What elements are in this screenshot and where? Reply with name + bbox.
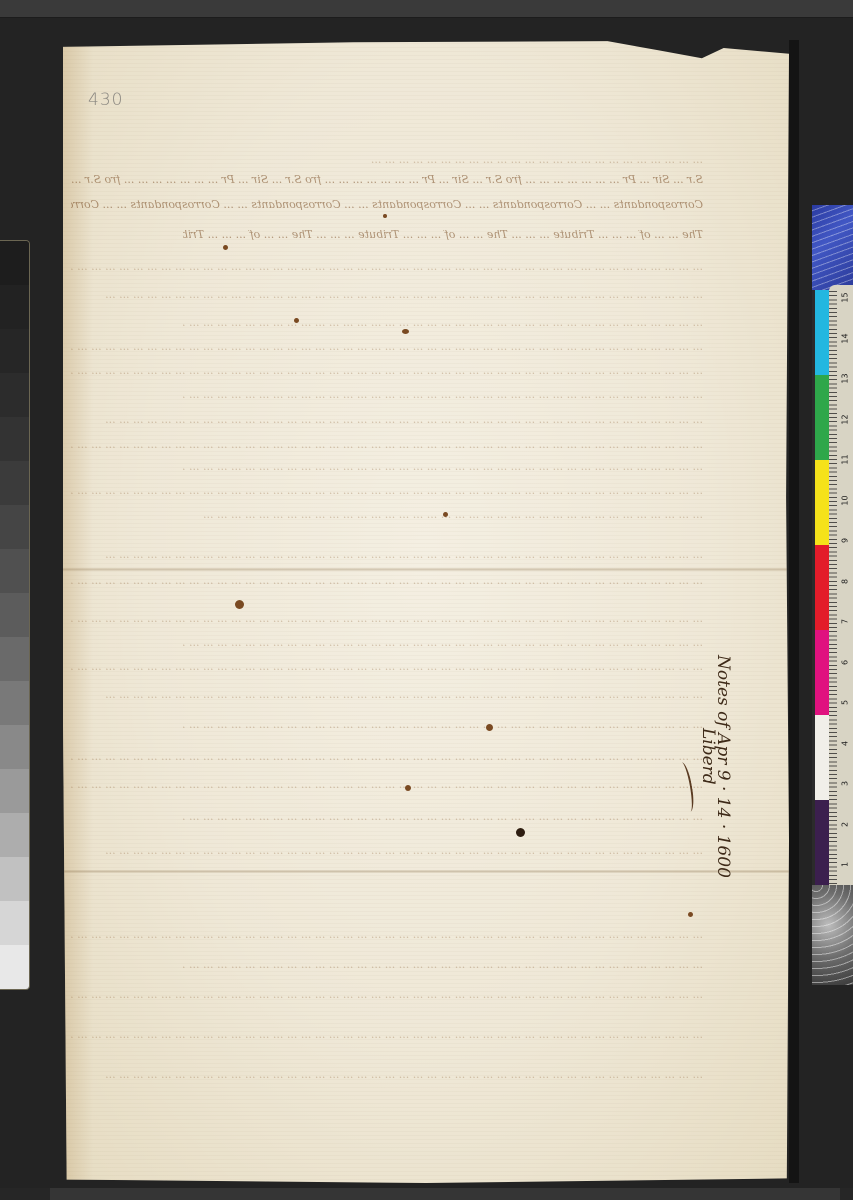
ruler-mark: 9 [841, 534, 850, 548]
gray-step [0, 241, 29, 285]
bleed-text-line: ... ... ... ... ... ... ... ... ... ... … [71, 990, 703, 1000]
gray-step [0, 769, 29, 813]
color-swatch [815, 800, 829, 885]
page-shadow [789, 40, 799, 1183]
ruler-mark: 3 [841, 777, 850, 791]
bleed-text-line: ... ... ... ... ... ... ... ... ... ... … [183, 720, 703, 730]
bleed-text-line: ... ... ... ... ... ... ... ... ... ... … [103, 290, 703, 300]
bleed-text-line: ... ... ... ... ... ... ... ... ... ... … [103, 550, 703, 560]
gray-step [0, 725, 29, 769]
ruler-mark: 8 [841, 574, 850, 588]
folio-number: 430 [88, 90, 123, 110]
ink-spot [294, 318, 299, 323]
bleed-text-line: ... ... ... ... ... ... ... ... ... ... … [103, 155, 703, 165]
ruler-mark: 7 [841, 615, 850, 629]
bleed-text-line: ... ... ... ... ... ... ... ... ... ... … [71, 1030, 703, 1040]
gray-step [0, 681, 29, 725]
ink-spot [688, 912, 693, 917]
color-swatch-strip [815, 290, 829, 885]
color-calibration-target: 151413121110987654321 [812, 205, 853, 985]
bleed-text-line: ... ... ... ... ... ... ... ... ... ... … [71, 576, 703, 586]
bleed-text-line: ... ... ... ... ... ... ... ... ... ... … [71, 262, 703, 272]
gray-step [0, 813, 29, 857]
gray-step [0, 329, 29, 373]
bleed-text-line: ... ... ... ... ... ... ... ... ... ... … [71, 366, 703, 376]
ruler-mark: 2 [841, 817, 850, 831]
edge-stain [63, 40, 93, 1183]
bleed-text-line: S.r ... Sir ... Pr ... ... ... ... ... .… [71, 175, 703, 185]
gray-step [0, 549, 29, 593]
gray-step [0, 373, 29, 417]
ruler-mark: 10 [841, 493, 850, 507]
ruler-ticks [829, 291, 837, 885]
color-swatch [815, 545, 829, 630]
fold-line [63, 568, 789, 571]
ruler-mark: 5 [841, 696, 850, 710]
bleed-text-line: ... ... ... ... ... ... ... ... ... ... … [183, 812, 703, 822]
fold-line [63, 870, 789, 873]
ink-spot [235, 600, 244, 609]
gray-step [0, 901, 29, 945]
ruler-mark: 4 [841, 736, 850, 750]
ink-spot [516, 828, 525, 837]
gray-step [0, 637, 29, 681]
ink-spot [383, 214, 387, 218]
ink-spot [443, 512, 448, 517]
bleed-text-line: ... ... ... ... ... ... ... ... ... ... … [183, 318, 703, 328]
ruler-mark: 15 [841, 291, 850, 305]
bleed-text-line: ... ... ... ... ... ... ... ... ... ... … [71, 486, 703, 496]
bleed-text-line: ... ... ... ... ... ... ... ... ... ... … [71, 930, 703, 940]
bleed-text-line: ... ... ... ... ... ... ... ... ... ... … [103, 415, 703, 425]
gray-step [0, 285, 29, 329]
ruler-mark: 13 [841, 372, 850, 386]
color-swatch [815, 715, 829, 800]
bleed-text-line: ... ... ... ... ... ... ... ... ... ... … [71, 510, 703, 520]
manuscript-page: 430 ... ... ... ... ... ... ... ... ... … [63, 40, 789, 1183]
bleed-text-line: ... ... ... ... ... ... ... ... ... ... … [71, 662, 703, 672]
ruler-mark: 14 [841, 331, 850, 345]
bleed-text-line: ... ... ... ... ... ... ... ... ... ... … [183, 960, 703, 970]
bleed-text-line: ... ... ... ... ... ... ... ... ... ... … [71, 780, 703, 790]
ink-spot [405, 785, 411, 791]
bottom-mount-band [50, 1188, 840, 1200]
color-swatch [815, 630, 829, 715]
bleed-text-line: ... ... ... ... ... ... ... ... ... ... … [183, 390, 703, 400]
bleed-text-line: ... ... ... ... ... ... ... ... ... ... … [183, 638, 703, 648]
gray-step [0, 857, 29, 901]
gray-step [0, 417, 29, 461]
bleed-text-line: ... ... ... ... ... ... ... ... ... ... … [103, 690, 703, 700]
gray-step [0, 593, 29, 637]
cm-ruler: 151413121110987654321 [829, 285, 853, 885]
color-swatch [815, 460, 829, 545]
target-pattern-top [812, 205, 853, 290]
bleed-text-line: ... ... ... ... ... ... ... ... ... ... … [103, 846, 703, 856]
bleed-text-line: ... ... ... ... ... ... ... ... ... ... … [103, 1070, 703, 1080]
bleed-text-line: Corrospondants ... ... Corrospondants ..… [71, 200, 703, 210]
ruler-mark: 6 [841, 655, 850, 669]
gray-step [0, 505, 29, 549]
ink-spot [402, 329, 409, 334]
gray-step [0, 461, 29, 505]
bleed-text-line: The ... ... of ... ... ... Tribute ... .… [183, 230, 703, 240]
color-swatch [815, 375, 829, 460]
bleed-text-line: ... ... ... ... ... ... ... ... ... ... … [71, 342, 703, 352]
ruler-mark: 11 [841, 453, 850, 467]
ink-spot [223, 245, 228, 250]
ruler-mark: 1 [841, 858, 850, 872]
target-pattern-bottom [812, 885, 853, 985]
ruler-mark: 12 [841, 412, 850, 426]
bleed-text-line: ... ... ... ... ... ... ... ... ... ... … [71, 614, 703, 624]
top-mount-band [0, 0, 853, 18]
bleed-text-line: ... ... ... ... ... ... ... ... ... ... … [183, 462, 703, 472]
grayscale-step-wedge [0, 240, 30, 990]
ink-spot [486, 724, 493, 731]
gray-step [0, 945, 29, 989]
bleed-text-line: ... ... ... ... ... ... ... ... ... ... … [71, 440, 703, 450]
bleed-text-line: ... ... ... ... ... ... ... ... ... ... … [71, 752, 703, 762]
docket-line-2: Liberd [698, 728, 718, 785]
color-swatch [815, 290, 829, 375]
